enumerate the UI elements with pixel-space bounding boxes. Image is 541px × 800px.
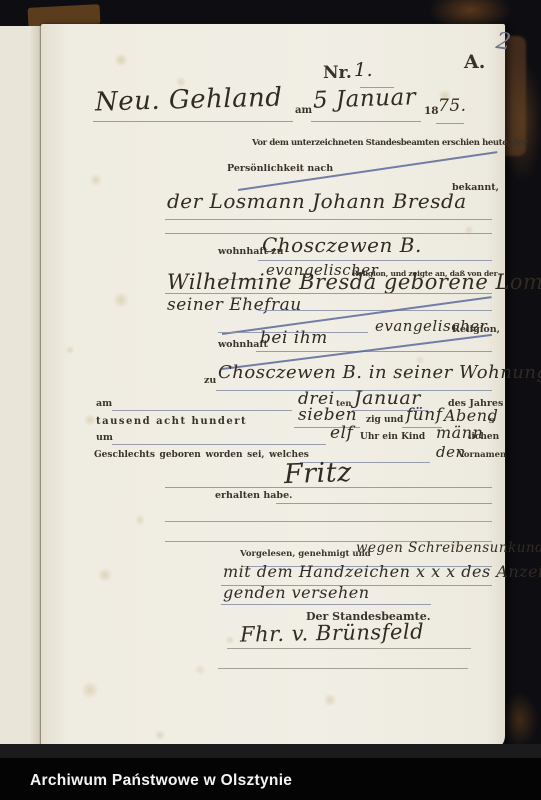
geschlechts-label: Geschlechts geboren worden sei, welches [94, 451, 309, 461]
declarant-name: der Losmann Johann Bresda [167, 190, 467, 212]
ruled-line [227, 648, 471, 649]
registration-date: 5 Januar [313, 85, 417, 114]
closing-hand-2: mit dem Handzeichen x x x des Anzei- [223, 563, 541, 581]
ruled-line [256, 351, 492, 352]
scanned-register-page: 2 A. Nr. 1. Neu. Gehland am 5 Januar 18 … [0, 0, 541, 800]
mother-relation: seiner Ehefrau [167, 296, 302, 315]
ruled-line [218, 668, 468, 669]
closing-printed: Vorgelesen, genehmigt und [240, 550, 371, 559]
ruled-line [276, 503, 492, 504]
declarant-residence: Chosczewen B. [262, 234, 422, 256]
year-tens: sieben [298, 406, 357, 425]
previous-page-edge [0, 26, 42, 748]
zu-label: zu [204, 376, 216, 386]
year-ones: fünf [406, 406, 442, 425]
mother-residence: bei ihm [260, 329, 328, 348]
registration-place: Neu. Gehland [95, 84, 283, 117]
persoenlichkeit-label: Persönlichkeit nach [227, 164, 333, 174]
am-label: am [295, 105, 312, 116]
record-number-label: Nr. [323, 64, 352, 83]
ruled-line [93, 121, 293, 122]
year-prefix: 18 [424, 106, 439, 118]
intro-line: Vor dem unterzeichneten Standesbeamten e… [252, 139, 527, 148]
ruled-line [258, 310, 492, 311]
closing-hand-3: genden versehen [223, 584, 370, 602]
ruled-line [221, 604, 431, 605]
ruled-line [112, 410, 292, 411]
record-number-value: 1. [354, 60, 373, 81]
ruled-line [311, 121, 421, 122]
ruled-line [165, 521, 492, 522]
am2-label: am [96, 399, 112, 409]
religion-label: Religion, [452, 325, 500, 335]
closing-hand-1: wegen Schreibensunkunde [356, 541, 541, 556]
vornamen-label: Vornamen [458, 451, 506, 460]
uhr-kind-label: Uhr ein Kind [360, 433, 425, 443]
gender-suffix-label: lichen [468, 433, 499, 443]
form-letter: A. [464, 52, 485, 73]
zig-und-label: zig und [366, 416, 403, 426]
ruled-line [165, 219, 492, 220]
birth-hour: elf [330, 424, 353, 443]
watermark-bar: Archiwum Państwowe w Olsztynie [0, 758, 541, 800]
ruled-line [165, 293, 492, 294]
birth-place: Chosczewen B. in seiner Wohnung [218, 363, 541, 383]
time-suffix-label: s [489, 416, 494, 426]
erhalten-label: erhalten habe. [215, 491, 292, 501]
watermark-text: Archiwum Państwowe w Olsztynie [30, 772, 292, 789]
ruled-line [112, 444, 326, 445]
child-first-name: Fritz [284, 458, 353, 490]
um-label: um [96, 433, 113, 443]
registrar-signature: Fhr. v. Brünsfeld [240, 620, 424, 646]
registration-year: 75. [438, 97, 467, 116]
ruled-line [436, 123, 464, 124]
mother-name: Wilhelmine Bresda geborene Lompsa, [167, 271, 541, 294]
year-words-label: tausend acht hundert [96, 416, 247, 427]
